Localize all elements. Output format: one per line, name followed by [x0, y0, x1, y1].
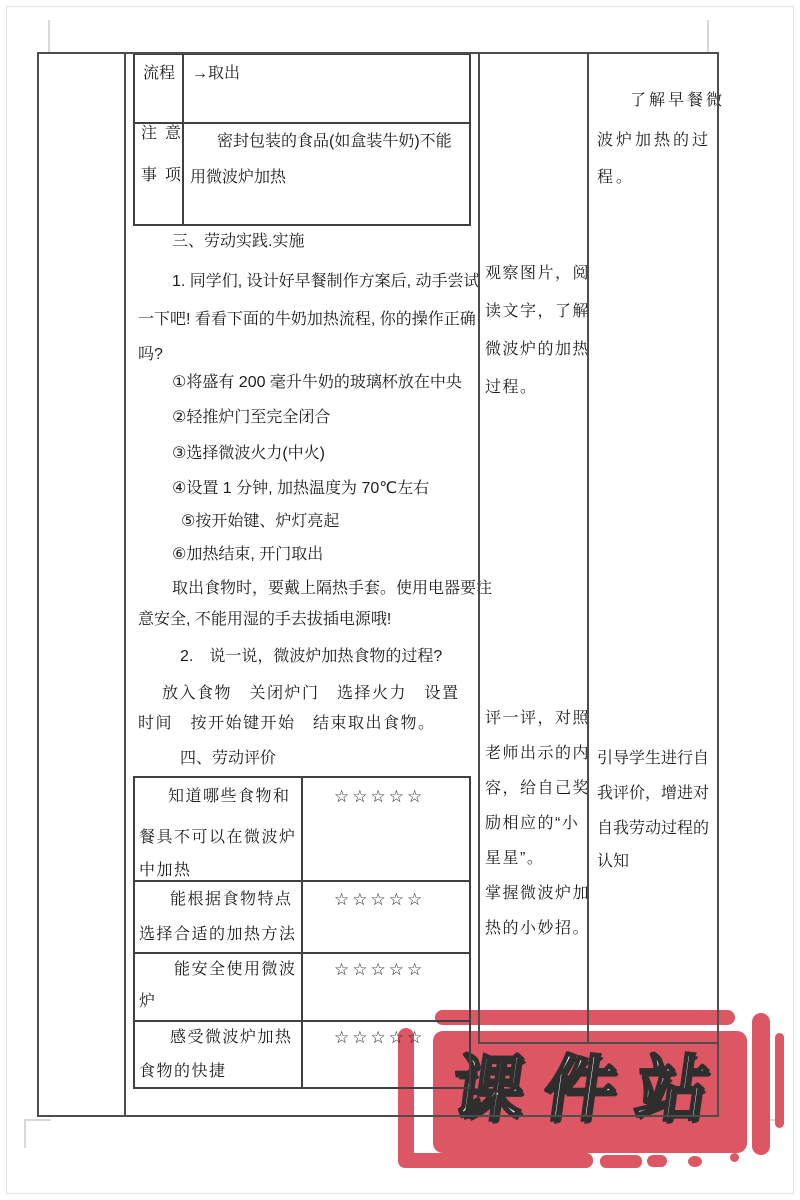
table-border-left [37, 52, 39, 1117]
crop-mark-bottom-left-h [24, 1119, 51, 1121]
content-line: 意安全, 不能用湿的手去拔插电源哦! [138, 610, 391, 629]
content-line: 三、劳动实践.实施 [172, 232, 304, 251]
student-activity-line: 励相应的“小 [485, 814, 579, 833]
design-intent-line: 程。 [597, 168, 635, 187]
table-border-row-right [478, 1042, 719, 1044]
content-line: ①将盛有 200 毫升牛奶的玻璃杯放在中央 [172, 373, 462, 392]
content-line: 取出食物时，要戴上隔热手套。使用电器要注 [172, 579, 492, 598]
stamp-frame-bottom-2 [600, 1155, 642, 1168]
design-intent-line: 我评价，增进对 [597, 784, 709, 803]
table-border-top [37, 52, 719, 54]
student-activity-line: 掌握微波炉加 [485, 884, 590, 903]
student-activity-line: 过程。 [485, 378, 538, 397]
design-intent-line: 波炉加热的过 [597, 131, 711, 150]
content-line: 时间 按开始键开始 结束取出食物。 [138, 714, 436, 733]
design-intent-line: 引导学生进行自 [597, 749, 709, 768]
table-border-col1 [124, 52, 126, 1117]
student-activity-line: 微波炉的加热 [485, 340, 590, 359]
content-line: 一下吧! 看看下面的牛奶加热流程, 你的操作正确 [138, 310, 476, 329]
evaluation-table [133, 776, 471, 1089]
content-line: 吗? [138, 345, 163, 364]
content-line: ⑥加热结束, 开门取出 [172, 545, 323, 564]
stamp-frame-right-outer [775, 1033, 784, 1128]
student-activity-line: 容，给自己奖 [485, 779, 590, 798]
crop-mark-bottom-left-v [24, 1119, 26, 1148]
student-activity-line: 读文字，了解 [485, 302, 590, 321]
design-intent-line: 认知 [597, 852, 629, 871]
evaluation-table-hdivider-3 [135, 1020, 469, 1022]
content-line: 1. 同学们, 设计好早餐制作方案后, 动手尝试 [172, 272, 480, 291]
content-line: 2. 说一说，微波炉加热食物的过程? [180, 647, 442, 666]
table-border-col3 [587, 52, 589, 1044]
design-intent-line: 自我劳动过程的 [597, 819, 709, 838]
stamp-frame-top [435, 1010, 735, 1025]
student-activity-line: 热的小妙招。 [485, 919, 590, 938]
stamp-frame-bottom-1 [398, 1153, 593, 1168]
stamp-text: 课件站 [424, 1031, 755, 1153]
process-table-vdivider [182, 55, 184, 224]
student-activity-line: 星星”。 [485, 849, 544, 868]
document-page: 课件站 流程 →取出 注意 事项 密封包装的食品(如盒装牛奶)不能 用微波炉加热… [0, 0, 800, 1200]
process-table [133, 53, 471, 226]
crop-mark-top-left [48, 20, 50, 52]
content-line: ⑤按开始键、炉灯亮起 [181, 512, 339, 531]
evaluation-table-vdivider [301, 778, 303, 1087]
student-activity-line: 评一评，对照 [485, 709, 590, 728]
table-border-right [717, 52, 719, 1117]
student-activity-line: 观察图片，阅 [485, 264, 590, 283]
stamp-frame-bottom-3 [647, 1155, 667, 1167]
stamp-dot-1 [688, 1156, 702, 1167]
student-activity-line: 老师出示的内 [485, 744, 590, 763]
content-line: ④设置 1 分钟, 加热温度为 70℃左右 [172, 479, 429, 498]
content-line: 放入食物 关闭炉门 选择火力 设置 [162, 684, 460, 703]
crop-mark-top-right [707, 20, 709, 52]
content-line: ②轻推炉门至完全闭合 [172, 408, 330, 427]
stamp-dot-2 [730, 1153, 739, 1162]
table-border-bottom [37, 1115, 719, 1117]
process-table-hdivider [135, 122, 469, 124]
content-line: 四、劳动评价 [180, 749, 276, 768]
evaluation-table-hdivider-2 [135, 952, 469, 954]
evaluation-table-hdivider-1 [135, 880, 469, 882]
content-line: ③选择微波火力(中火) [172, 444, 325, 463]
design-intent-line: 了解早餐微 [630, 91, 725, 110]
table-border-col2 [478, 52, 480, 1044]
